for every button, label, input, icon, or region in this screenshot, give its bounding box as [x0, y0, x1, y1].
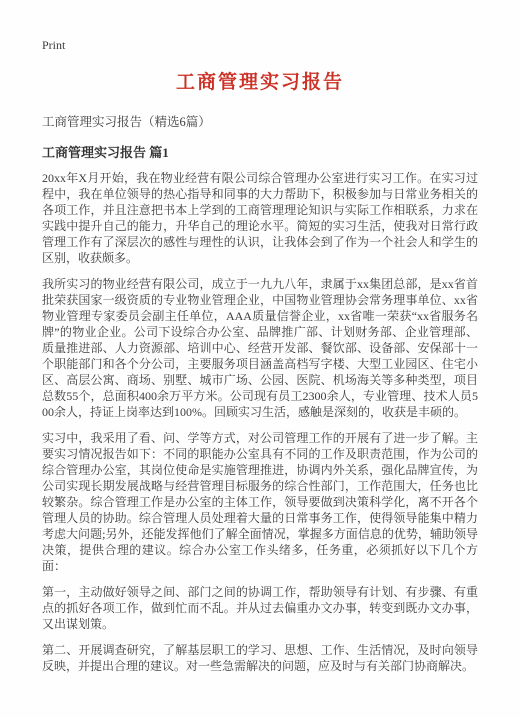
body-paragraph: 第二、开展调查研究，了解基层职工的学习、思想、工作、生活情况，及时向领导反映，并…	[42, 642, 478, 674]
document-subtitle: 工商管理实习报告（精选6篇）	[42, 112, 478, 130]
body-paragraph: 第一，主动做好领导之间、部门之间的协调工作，帮助领导有计划、有步骤、有重点的抓好…	[42, 584, 478, 632]
document-body: 20xx年X月开始，我在物业经营有限公司综合管理办公室进行实习工作。在实习过程中…	[42, 170, 478, 674]
body-paragraph: 我所实习的物业经营有限公司，成立于一九九八年，隶属于xx集团总部，是xx省首批荣…	[42, 276, 478, 420]
body-paragraph: 实习中，我采用了看、问、学等方式，对公司管理工作的开展有了进一步了解。主要实习情…	[42, 430, 478, 574]
section-heading: 工商管理实习报告 篇1	[42, 142, 478, 161]
body-paragraph: 20xx年X月开始，我在物业经营有限公司综合管理办公室进行实习工作。在实习过程中…	[42, 170, 478, 266]
print-button[interactable]: Print	[42, 38, 65, 53]
document-page: Print 工商管理实习报告 工商管理实习报告（精选6篇） 工商管理实习报告 篇…	[0, 0, 520, 718]
page-title: 工商管理实习报告	[42, 67, 478, 94]
